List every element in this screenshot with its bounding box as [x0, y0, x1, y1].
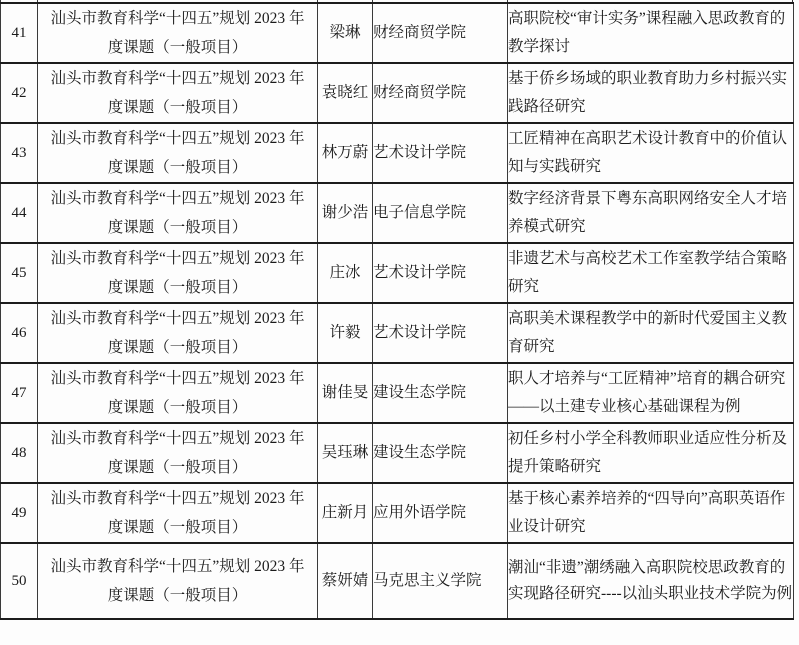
- title-cell: 高职院校“审计实务”课程融入思政教育的教学探讨: [508, 3, 794, 63]
- category-line2: 度课题（一般项目）: [38, 453, 317, 482]
- category-line1: 汕头市教育科学“十四五”规划 2023 年: [38, 484, 317, 513]
- title-cell: 职人才培养与“工匠精神”培育的耦合研究——以土建专业核心基础课程为例: [508, 363, 794, 423]
- table-row: 42 汕头市教育科学“十四五”规划 2023 年 度课题（一般项目） 袁晓红 财…: [1, 63, 794, 123]
- table-row: 46 汕头市教育科学“十四五”规划 2023 年 度课题（一般项目） 许毅 艺术…: [1, 303, 794, 363]
- college-cell: 应用外语学院: [373, 483, 508, 543]
- title-cell: 数字经济背景下粤东高职网络安全人才培养模式研究: [508, 183, 794, 243]
- college-cell: 艺术设计学院: [373, 123, 508, 183]
- row-number-cell: 43: [1, 123, 38, 183]
- name-cell: 蔡妍婧: [318, 543, 373, 619]
- name-cell: 庄新月: [318, 483, 373, 543]
- name-cell: 庄冰: [318, 243, 373, 303]
- name-cell: 梁琳: [318, 3, 373, 63]
- category-line2: 度课题（一般项目）: [38, 581, 317, 610]
- college-cell: 电子信息学院: [373, 183, 508, 243]
- college-cell: 艺术设计学院: [373, 303, 508, 363]
- category-cell: 汕头市教育科学“十四五”规划 2023 年 度课题（一般项目）: [38, 363, 318, 423]
- category-line1: 汕头市教育科学“十四五”规划 2023 年: [38, 4, 317, 33]
- category-line1: 汕头市教育科学“十四五”规划 2023 年: [38, 304, 317, 333]
- row-number-cell: 48: [1, 423, 38, 483]
- category-cell: 汕头市教育科学“十四五”规划 2023 年 度课题（一般项目）: [38, 63, 318, 123]
- row-number-cell: 49: [1, 483, 38, 543]
- category-line1: 汕头市教育科学“十四五”规划 2023 年: [38, 552, 317, 581]
- projects-table: 41 汕头市教育科学“十四五”规划 2023 年 度课题（一般项目） 梁琳 财经…: [0, 2, 794, 620]
- category-line1: 汕头市教育科学“十四五”规划 2023 年: [38, 424, 317, 453]
- title-cell: 初任乡村小学全科教师职业适应性分析及提升策略研究: [508, 423, 794, 483]
- category-line1: 汕头市教育科学“十四五”规划 2023 年: [38, 64, 317, 93]
- college-cell: 财经商贸学院: [373, 63, 508, 123]
- title-cell: 潮汕“非遗”潮绣融入高职院校思政教育的实现路径研究----以汕头职业技术学院为例: [508, 543, 794, 619]
- category-line2: 度课题（一般项目）: [38, 513, 317, 542]
- name-cell: 袁晓红: [318, 63, 373, 123]
- category-line2: 度课题（一般项目）: [38, 33, 317, 62]
- college-cell: 建设生态学院: [373, 423, 508, 483]
- row-number-cell: 42: [1, 63, 38, 123]
- category-line2: 度课题（一般项目）: [38, 393, 317, 422]
- table-row: 43 汕头市教育科学“十四五”规划 2023 年 度课题（一般项目） 林万蔚 艺…: [1, 123, 794, 183]
- row-number-cell: 46: [1, 303, 38, 363]
- category-cell: 汕头市教育科学“十四五”规划 2023 年 度课题（一般项目）: [38, 123, 318, 183]
- table-row: 44 汕头市教育科学“十四五”规划 2023 年 度课题（一般项目） 谢少浩 电…: [1, 183, 794, 243]
- table-row: 48 汕头市教育科学“十四五”规划 2023 年 度课题（一般项目） 吴珏琳 建…: [1, 423, 794, 483]
- name-cell: 林万蔚: [318, 123, 373, 183]
- category-cell: 汕头市教育科学“十四五”规划 2023 年 度课题（一般项目）: [38, 303, 318, 363]
- category-cell: 汕头市教育科学“十四五”规划 2023 年 度课题（一般项目）: [38, 3, 318, 63]
- title-cell: 高职美术课程教学中的新时代爱国主义教育研究: [508, 303, 794, 363]
- name-cell: 吴珏琳: [318, 423, 373, 483]
- row-number-cell: 41: [1, 3, 38, 63]
- table-row: 41 汕头市教育科学“十四五”规划 2023 年 度课题（一般项目） 梁琳 财经…: [1, 3, 794, 63]
- category-cell: 汕头市教育科学“十四五”规划 2023 年 度课题（一般项目）: [38, 543, 318, 619]
- table-row: 45 汕头市教育科学“十四五”规划 2023 年 度课题（一般项目） 庄冰 艺术…: [1, 243, 794, 303]
- document-page: 41 汕头市教育科学“十四五”规划 2023 年 度课题（一般项目） 梁琳 财经…: [0, 0, 799, 645]
- name-cell: 许毅: [318, 303, 373, 363]
- name-cell: 谢少浩: [318, 183, 373, 243]
- title-cell: 工匠精神在高职艺术设计教育中的价值认知与实践研究: [508, 123, 794, 183]
- category-line2: 度课题（一般项目）: [38, 213, 317, 242]
- category-line1: 汕头市教育科学“十四五”规划 2023 年: [38, 184, 317, 213]
- row-number-cell: 45: [1, 243, 38, 303]
- row-number-cell: 47: [1, 363, 38, 423]
- college-cell: 财经商贸学院: [373, 3, 508, 63]
- category-line1: 汕头市教育科学“十四五”规划 2023 年: [38, 124, 317, 153]
- category-line2: 度课题（一般项目）: [38, 93, 317, 122]
- table-row: 50 汕头市教育科学“十四五”规划 2023 年 度课题（一般项目） 蔡妍婧 马…: [1, 543, 794, 619]
- college-cell: 建设生态学院: [373, 363, 508, 423]
- college-cell: 艺术设计学院: [373, 243, 508, 303]
- category-line1: 汕头市教育科学“十四五”规划 2023 年: [38, 244, 317, 273]
- category-line1: 汕头市教育科学“十四五”规划 2023 年: [38, 364, 317, 393]
- table-row: 47 汕头市教育科学“十四五”规划 2023 年 度课题（一般项目） 谢佳旻 建…: [1, 363, 794, 423]
- category-cell: 汕头市教育科学“十四五”规划 2023 年 度课题（一般项目）: [38, 423, 318, 483]
- title-cell: 非遗艺术与高校艺术工作室教学结合策略研究: [508, 243, 794, 303]
- category-cell: 汕头市教育科学“十四五”规划 2023 年 度课题（一般项目）: [38, 243, 318, 303]
- row-number-cell: 44: [1, 183, 38, 243]
- category-line2: 度课题（一般项目）: [38, 273, 317, 302]
- name-cell: 谢佳旻: [318, 363, 373, 423]
- category-cell: 汕头市教育科学“十四五”规划 2023 年 度课题（一般项目）: [38, 183, 318, 243]
- category-line2: 度课题（一般项目）: [38, 333, 317, 362]
- college-cell: 马克思主义学院: [373, 543, 508, 619]
- category-cell: 汕头市教育科学“十四五”规划 2023 年 度课题（一般项目）: [38, 483, 318, 543]
- row-number-cell: 50: [1, 543, 38, 619]
- title-cell: 基于核心素养培养的“四导向”高职英语作业设计研究: [508, 483, 794, 543]
- table-row: 49 汕头市教育科学“十四五”规划 2023 年 度课题（一般项目） 庄新月 应…: [1, 483, 794, 543]
- category-line2: 度课题（一般项目）: [38, 153, 317, 182]
- title-cell: 基于侨乡场域的职业教育助力乡村振兴实践路径研究: [508, 63, 794, 123]
